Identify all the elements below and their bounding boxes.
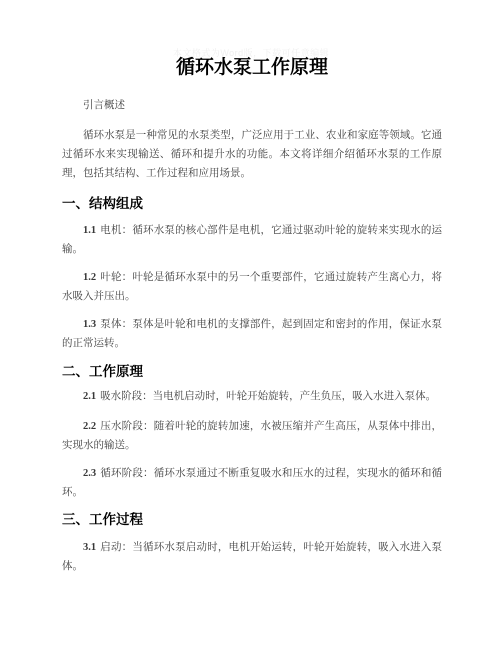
list-item-3-1: 3.1启动：当循环水泵启动时，电机开始运转，叶轮开始旋转，吸入水进入泵体。 — [62, 538, 442, 576]
item-number: 1.1 — [83, 225, 100, 236]
header-watermark: 本文格式为Word版，下载可任意编辑 — [0, 48, 502, 58]
item-number: 3.1 — [83, 542, 100, 553]
item-text: 压水阶段：随着叶轮的旋转加速，水被压缩并产生高压，从泵体中排出，实现水的输送。 — [62, 421, 442, 451]
intro-label: 引言概述 — [62, 96, 442, 115]
item-text: 叶轮：叶轮是循环水泵中的另一个重要部件，它通过旋转产生离心力，将水吸入并压出。 — [62, 272, 442, 302]
section-heading-principle: 二、工作原理 — [62, 363, 442, 381]
list-item-2-1: 2.1吸水阶段：当电机启动时，叶轮开始旋转，产生负压，吸入水进入泵体。 — [62, 387, 442, 406]
list-item-2-3: 2.3循环阶段：循环水泵通过不断重复吸水和压水的过程，实现水的循环和循环。 — [62, 464, 442, 502]
section-heading-process: 三、工作过程 — [62, 511, 442, 529]
item-text: 泵体：泵体是叶轮和电机的支撑部件，起到固定和密封的作用，保证水泵的正常运转。 — [62, 319, 442, 349]
item-number: 2.2 — [83, 421, 100, 432]
list-item-2-2: 2.2压水阶段：随着叶轮的旋转加速，水被压缩并产生高压，从泵体中排出，实现水的输… — [62, 417, 442, 455]
section-heading-structure: 一、结构组成 — [62, 195, 442, 213]
item-number: 2.3 — [83, 468, 100, 479]
list-item-1-1: 1.1电机：循环水泵的核心部件是电机，它通过驱动叶轮的旋转来实现水的运输。 — [62, 221, 442, 259]
document-title: 循环水泵工作原理 — [62, 55, 442, 80]
item-text: 启动：当循环水泵启动时，电机开始运转，叶轮开始旋转，吸入水进入泵体。 — [62, 542, 442, 572]
intro-paragraph: 循环水泵是一种常见的水泵类型，广泛应用于工业、农业和家庭等领域。它通过循环水来实… — [62, 126, 442, 183]
document-page: 本文格式为Word版，下载可任意编辑 循环水泵工作原理 引言概述 循环水泵是一种… — [0, 0, 502, 649]
item-text: 吸水阶段：当电机启动时，叶轮开始旋转，产生负压，吸入水进入泵体。 — [100, 391, 436, 402]
list-item-1-2: 1.2叶轮：叶轮是循环水泵中的另一个重要部件，它通过旋转产生离心力，将水吸入并压… — [62, 268, 442, 306]
list-item-1-3: 1.3泵体：泵体是叶轮和电机的支撑部件，起到固定和密封的作用，保证水泵的正常运转… — [62, 315, 442, 353]
item-text: 循环阶段：循环水泵通过不断重复吸水和压水的过程，实现水的循环和循环。 — [62, 468, 442, 498]
item-number: 1.3 — [83, 319, 100, 330]
item-number: 2.1 — [83, 391, 100, 402]
item-text: 电机：循环水泵的核心部件是电机，它通过驱动叶轮的旋转来实现水的运输。 — [62, 225, 442, 255]
item-number: 1.2 — [83, 272, 100, 283]
